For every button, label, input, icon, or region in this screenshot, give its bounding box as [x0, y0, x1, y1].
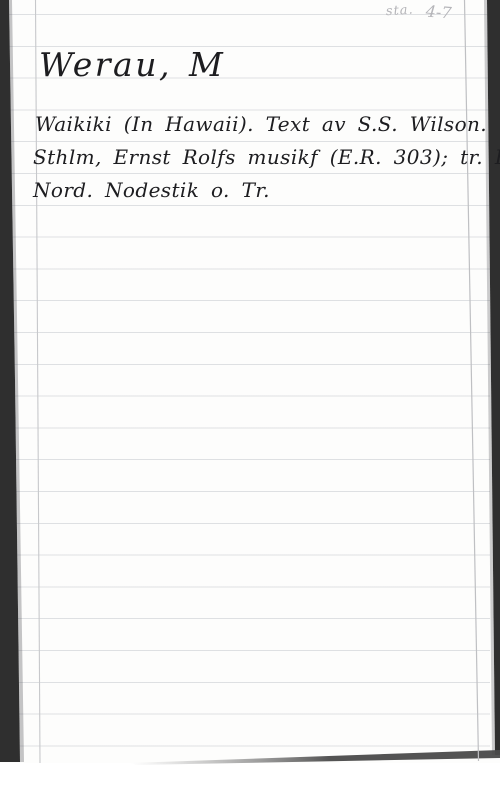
card-heading: Werau, M	[39, 45, 225, 84]
card-body-line-2: Sthlm, Ernst Rolfs musikf (E.R. 303); tr…	[33, 145, 500, 169]
card-body-line-3: Nord. Nodestik o. Tr.	[33, 178, 270, 202]
pencil-annotation: sta. 4-7	[385, 0, 452, 23]
pencil-note-prefix: sta.	[385, 2, 414, 19]
scanned-catalog-card: sta. 4-7 Werau, M Waikiki (In Hawaii). T…	[0, 0, 500, 800]
card-body-line-1: Waikiki (In Hawaii). Text av S.S. Wilson…	[35, 112, 487, 136]
pencil-note-number: 4-7	[425, 2, 452, 23]
